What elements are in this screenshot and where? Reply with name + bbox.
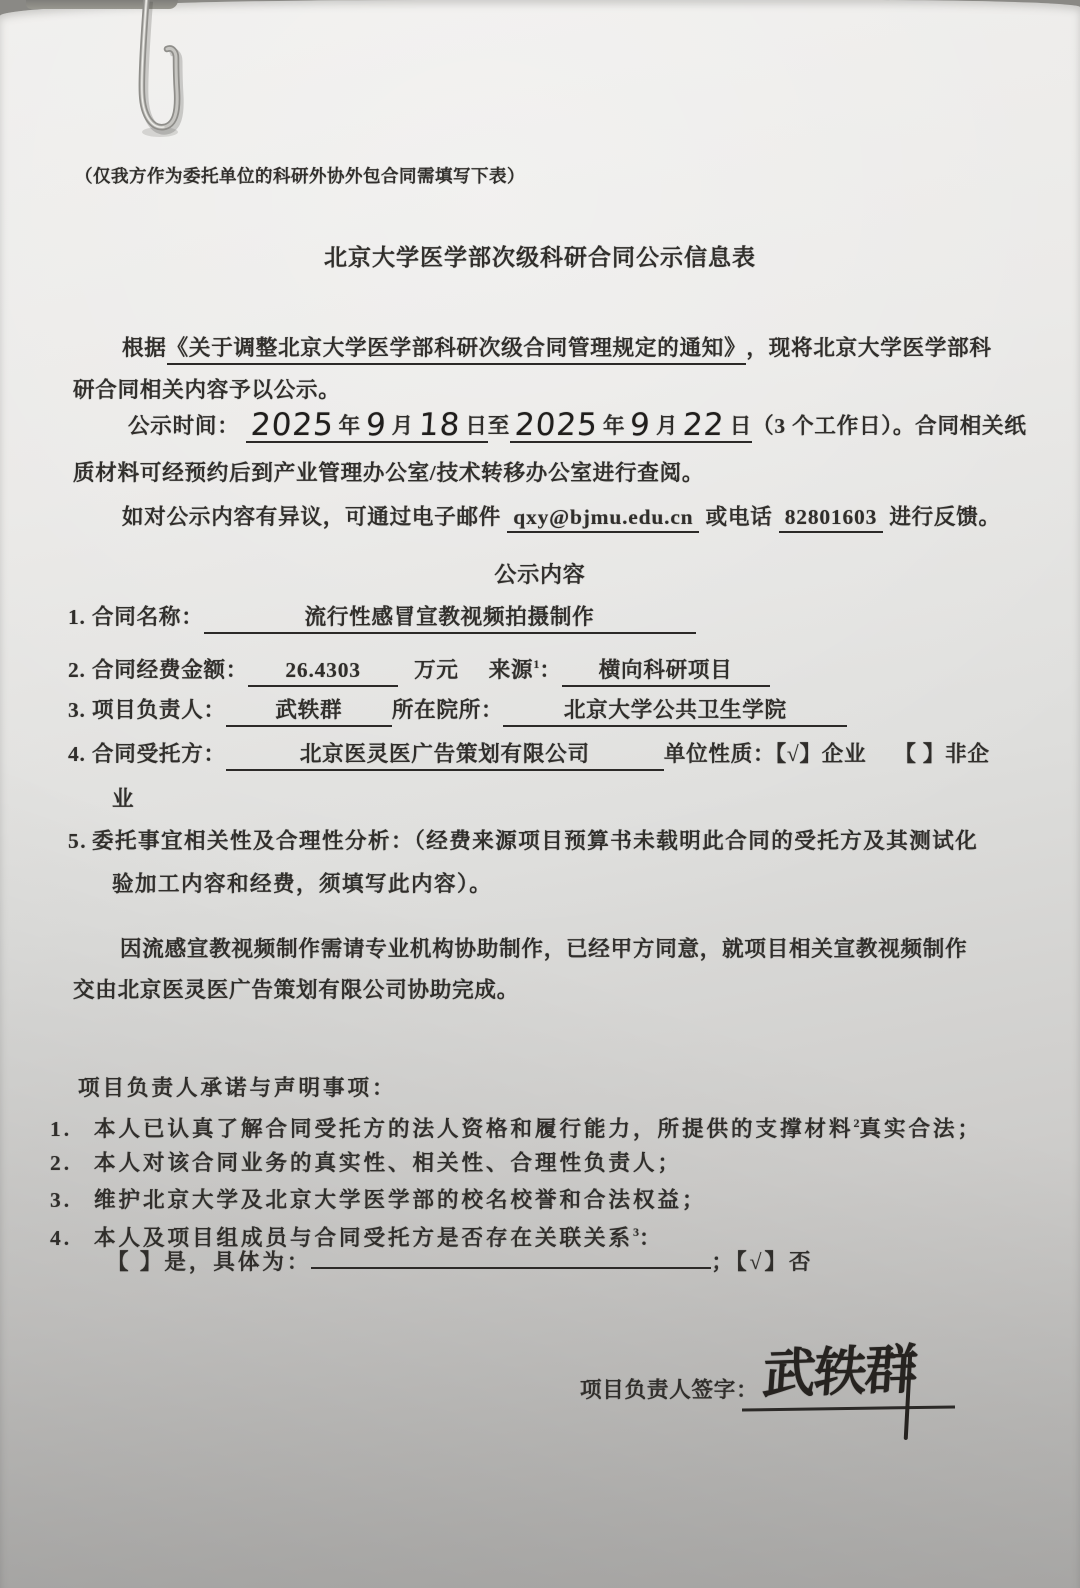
period-end-blank: 2025年9月22日 bbox=[510, 412, 752, 443]
contractor-label: 合同受托方： bbox=[92, 742, 226, 766]
amount-unit: 万元 bbox=[414, 658, 459, 682]
dept-value: 北京大学公共卫生学院 bbox=[503, 696, 847, 727]
feedback-phone: 82801603 bbox=[779, 503, 883, 533]
period-line-2: 质材料可经预约后到产业管理办公室/技术转移办公室进行查阅。 bbox=[73, 459, 704, 487]
feedback-suffix: 进行反馈。 bbox=[889, 505, 1001, 529]
amount-label: 合同经费金额： bbox=[92, 658, 248, 682]
item-number: 1. bbox=[68, 603, 92, 631]
relation-blank bbox=[311, 1266, 711, 1269]
item-number: 1. bbox=[50, 1115, 94, 1143]
nature-label: 单位性质： bbox=[664, 742, 776, 766]
period-label: 公示时间： bbox=[128, 414, 240, 438]
contractor-value: 北京医灵医广告策划有限公司 bbox=[226, 740, 664, 771]
item-number: 5. bbox=[68, 827, 92, 855]
checkbox-yes: 【 】是，具体为： bbox=[107, 1250, 311, 1274]
content-heading: 公示内容 bbox=[0, 561, 1080, 589]
checkbox-non-enterprise: 【 】非企 bbox=[894, 742, 989, 766]
contract-name-label: 合同名称： bbox=[92, 605, 204, 629]
item-number: 3. bbox=[68, 696, 92, 724]
notice-reference: 《关于调整北京大学医学部科研次级合同管理规定的通知》 bbox=[167, 334, 747, 365]
month-unit-2: 月 bbox=[656, 414, 678, 438]
start-month-handwritten: 9 bbox=[360, 411, 392, 439]
item-number: 2. bbox=[50, 1149, 94, 1177]
day-unit: 日 bbox=[465, 414, 487, 438]
item-analysis-line-1: 5.委托事宜相关性及合理性分析：（经费来源项目预算书未载明此合同的受托方及其测试… bbox=[68, 827, 978, 855]
item-contract-name: 1.合同名称：流行性感冒宣教视频拍摄制作 bbox=[68, 603, 696, 634]
period-start-blank: 2025年9月18日 bbox=[246, 412, 488, 443]
signature-handwritten: 武轶群 bbox=[760, 1327, 918, 1409]
item-number: 4. bbox=[68, 740, 92, 768]
year-unit: 年 bbox=[339, 414, 361, 438]
contract-name-value: 流行性感冒宣教视频拍摄制作 bbox=[204, 603, 696, 634]
feedback-email: qxy@bjmu.edu.cn bbox=[507, 503, 699, 533]
item-project-leader: 3.项目负责人：武轶群所在院所：北京大学公共卫生学院 bbox=[68, 696, 847, 727]
source-colon: ： bbox=[539, 658, 561, 682]
checkbox-no: 【√】否 bbox=[736, 1250, 814, 1274]
page-title: 北京大学医学部次级科研合同公示信息表 bbox=[0, 244, 1080, 272]
item-number: 2. bbox=[68, 656, 92, 684]
analysis-label-text: 委托事宜相关性及合理性分析：（经费来源项目预算书未载明此合同的受托方及其测试化 bbox=[92, 829, 978, 853]
feedback-prefix: 如对公示内容有异议，可通过电子邮件 bbox=[122, 505, 501, 529]
year-unit-2: 年 bbox=[603, 414, 625, 438]
period-line-1: 公示时间： 2025年9月18日至2025年9月22日（3 个工作日）。合同相关… bbox=[128, 412, 1027, 443]
commitment-item-4: 4.本人及项目组成员与合同受托方是否存在关联关系3： bbox=[50, 1218, 664, 1252]
item-contract-amount: 2.合同经费金额：26.4303万元来源1：横向科研项目 bbox=[68, 650, 770, 687]
intro-line-2: 研合同相关内容予以公示。 bbox=[73, 376, 341, 404]
paper-sheet bbox=[0, 0, 1080, 1588]
relation-separator: ； bbox=[711, 1250, 736, 1274]
checkbox-enterprise: 【√】企业 bbox=[775, 742, 866, 766]
feedback-line: 如对公示内容有异议，可通过电子邮件 qxy@bjmu.edu.cn 或电话 82… bbox=[122, 503, 1001, 533]
top-note: （仅我方作为委托单位的科研外协外包合同需填写下表） bbox=[75, 162, 525, 190]
intro-prefix: 根据 bbox=[122, 336, 167, 360]
paperclip-icon bbox=[118, 0, 194, 156]
start-day-handwritten: 18 bbox=[413, 412, 466, 438]
commitment-item-2: 2.本人对该合同业务的真实性、相关性、合理性负责人； bbox=[50, 1149, 682, 1177]
commitment-text-after: 真实合法； bbox=[860, 1117, 983, 1141]
commitment-text-after: ： bbox=[639, 1226, 664, 1250]
end-month-handwritten: 9 bbox=[625, 411, 657, 439]
commitment-item-1: 1.本人已认真了解合同受托方的法人资格和履行能力，所提供的支撑材料2真实合法； bbox=[50, 1109, 982, 1143]
analysis-paragraph-line-1: 因流感宣教视频制作需请专业机构协助制作，已经甲方同意，就项目相关宣教视频制作 bbox=[120, 935, 967, 963]
item-analysis-line-2: 验加工内容和经费，须填写此内容）。 bbox=[112, 870, 492, 898]
commitment-text: 维护北京大学及北京大学医学部的校名校誉和合法权益； bbox=[94, 1188, 707, 1212]
start-year-handwritten: 2025 bbox=[245, 412, 340, 438]
relation-line: 【 】是，具体为：；【√】否 bbox=[107, 1248, 813, 1276]
end-year-handwritten: 2025 bbox=[509, 412, 604, 438]
commitment-text: 本人已认真了解合同受托方的法人资格和履行能力，所提供的支撑材料 bbox=[94, 1117, 854, 1141]
item-contractor: 4.合同受托方：北京医灵医广告策划有限公司单位性质：【√】企业【 】非企 bbox=[68, 740, 990, 771]
analysis-paragraph-line-2: 交由北京医灵医广告策划有限公司协助完成。 bbox=[73, 976, 519, 1004]
dept-label: 所在院所： bbox=[392, 698, 504, 722]
signature-label: 项目负责人签字： bbox=[580, 1376, 758, 1404]
item-number: 3. bbox=[50, 1186, 94, 1214]
source-value: 横向科研项目 bbox=[562, 656, 770, 687]
day-unit-2: 日 bbox=[730, 414, 752, 438]
feedback-middle: 或电话 bbox=[706, 505, 773, 529]
leader-name: 武轶群 bbox=[226, 696, 392, 727]
period-to: 至 bbox=[488, 414, 510, 438]
intro-tail: ，现将北京大学医学部科 bbox=[746, 336, 991, 360]
commitment-text: 本人对该合同业务的真实性、相关性、合理性负责人； bbox=[94, 1151, 682, 1175]
document-photo: （仅我方作为委托单位的科研外协外包合同需填写下表） 北京大学医学部次级科研合同公… bbox=[0, 0, 1080, 1588]
item-contractor-wrap: 业 bbox=[112, 785, 134, 813]
source-label: 来源 bbox=[489, 658, 534, 682]
commitment-text: 本人及项目组成员与合同受托方是否存在关联关系 bbox=[94, 1226, 633, 1250]
leader-label: 项目负责人： bbox=[92, 698, 226, 722]
commitment-item-3: 3.维护北京大学及北京大学医学部的校名校誉和合法权益； bbox=[50, 1186, 707, 1214]
commitment-heading: 项目负责人承诺与声明事项： bbox=[78, 1074, 397, 1102]
end-day-handwritten: 22 bbox=[677, 412, 730, 438]
intro-line-1: 根据《关于调整北京大学医学部科研次级合同管理规定的通知》，现将北京大学医学部科 bbox=[122, 334, 992, 365]
period-tail: （3 个工作日）。合同相关纸 bbox=[752, 414, 1027, 438]
item-number: 4. bbox=[50, 1224, 94, 1252]
amount-value: 26.4303 bbox=[248, 656, 398, 687]
month-unit: 月 bbox=[392, 414, 414, 438]
